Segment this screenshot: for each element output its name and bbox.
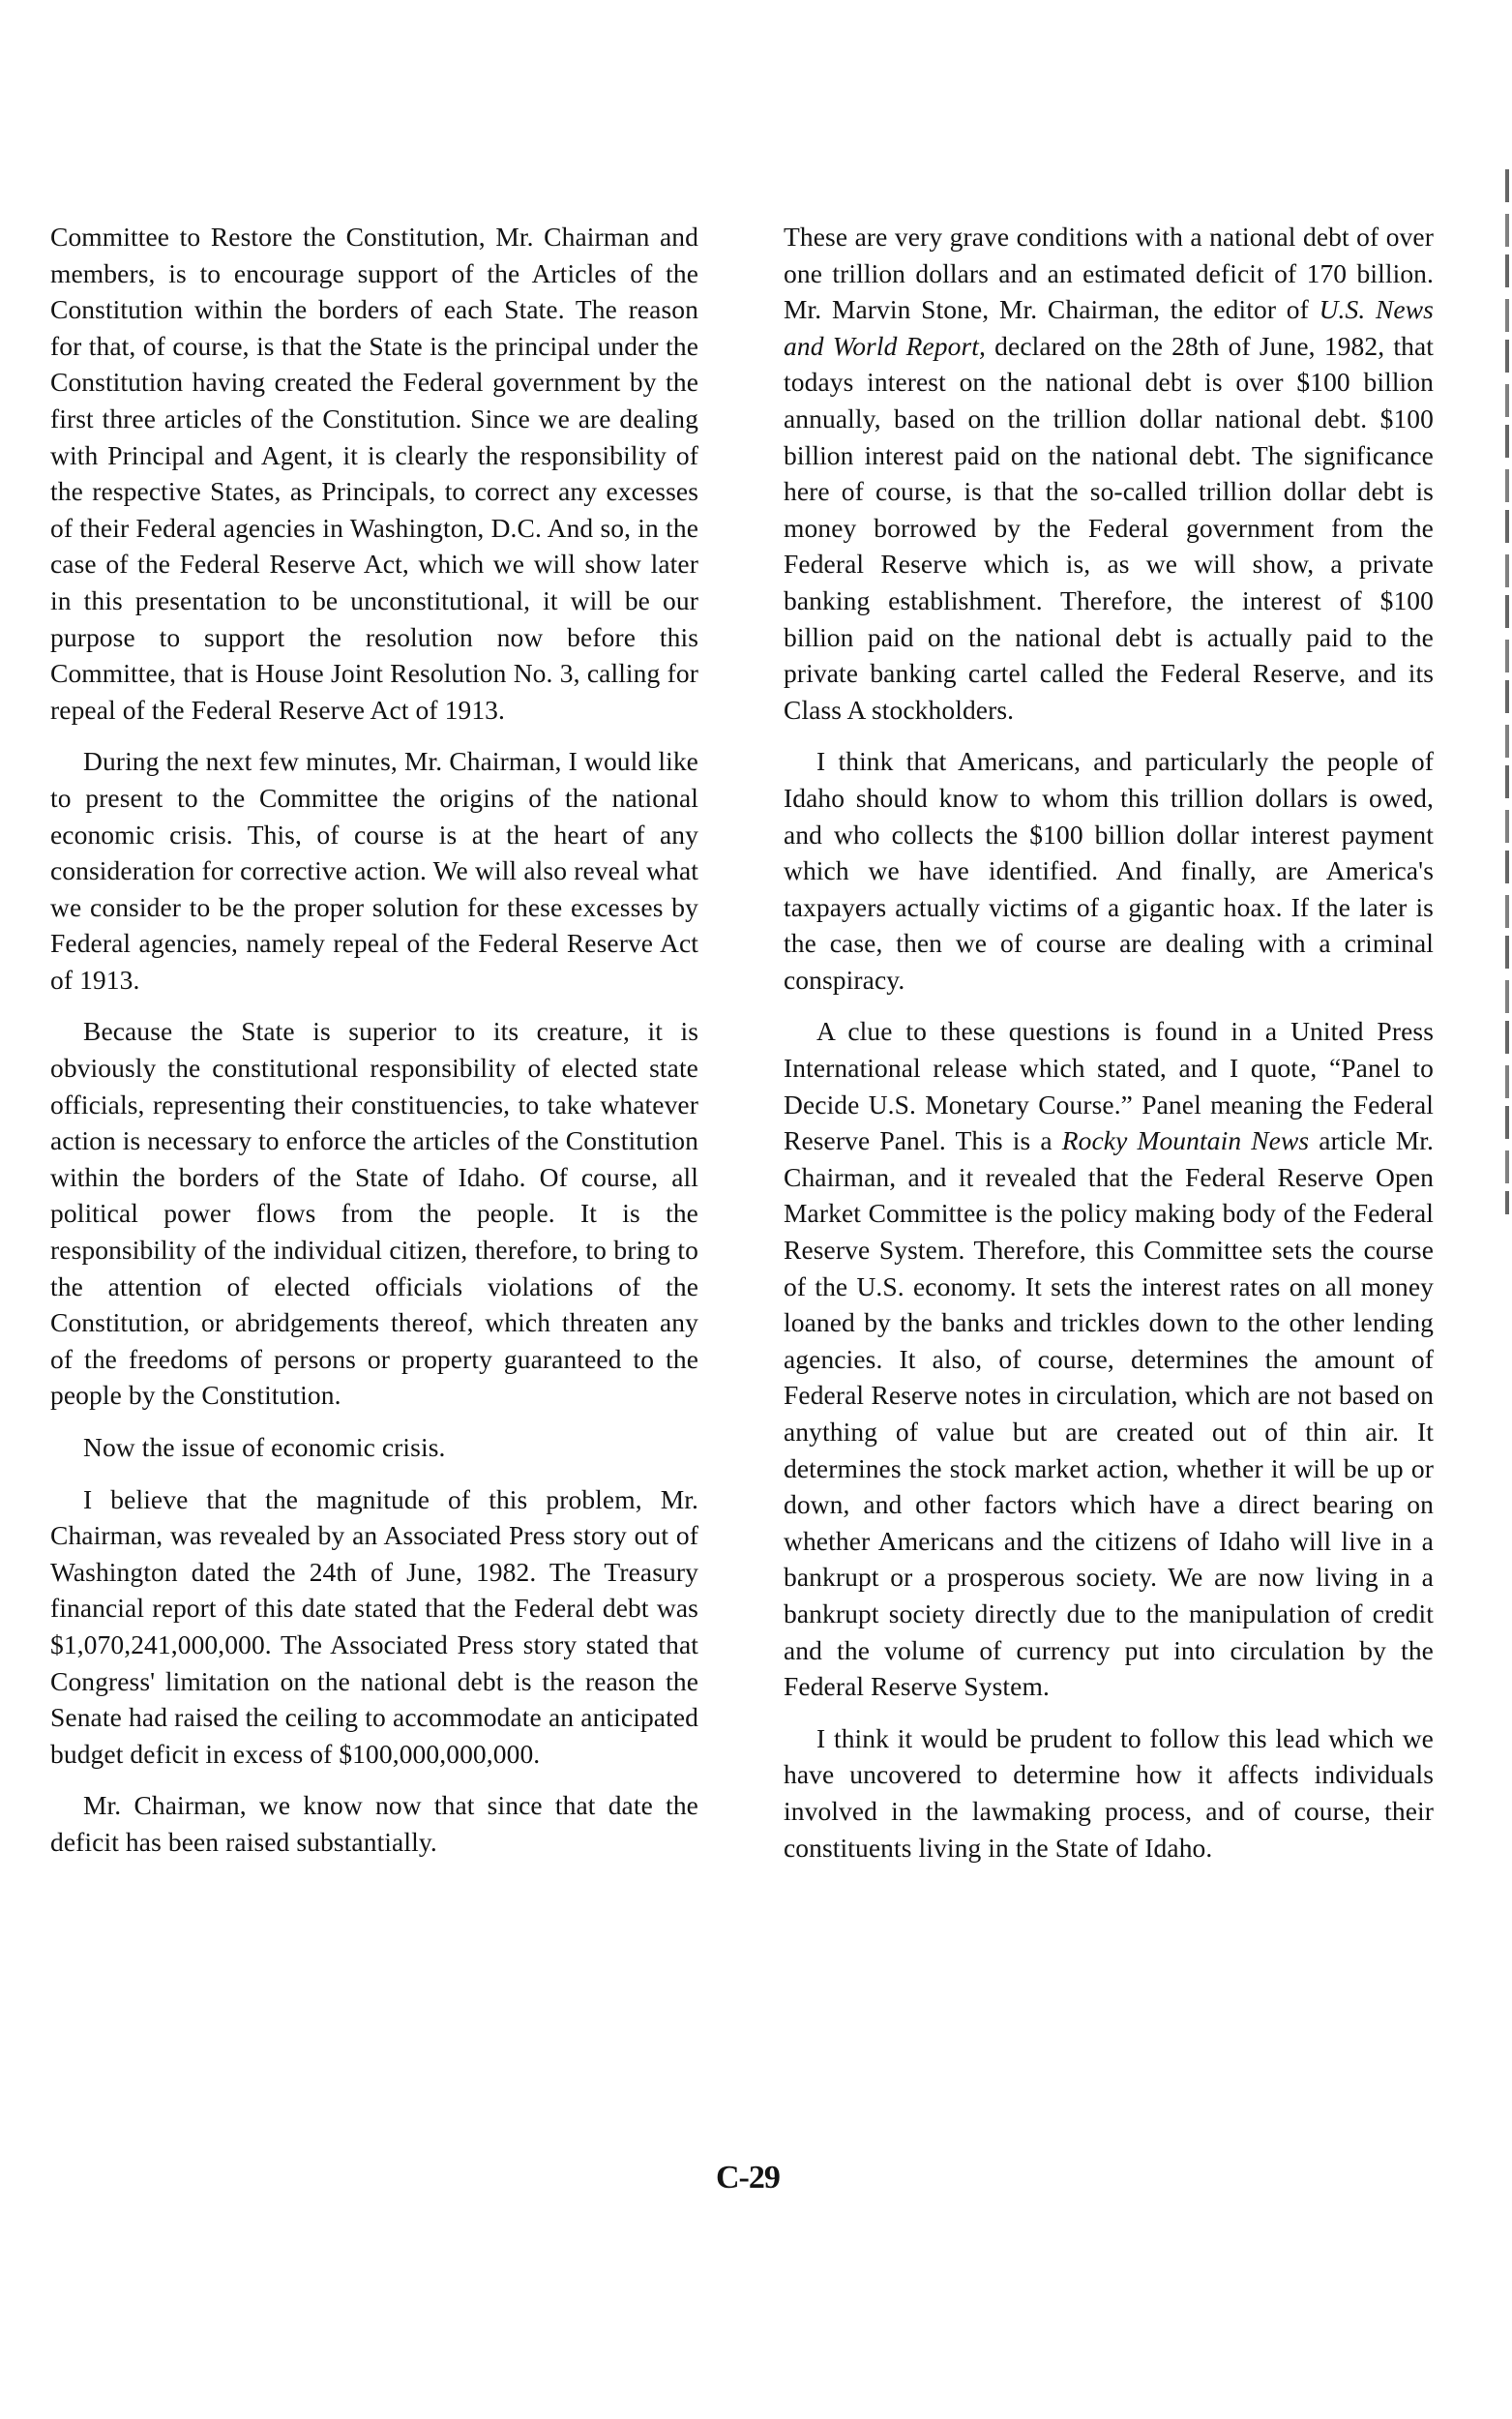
paragraph-text: Committee to Restore the Constitution, M… — [50, 222, 698, 725]
paragraph: Because the State is superior to its cre… — [50, 1013, 698, 1414]
scan-edge-artifact — [1505, 169, 1509, 1214]
paragraph: I believe that the magnitude of this pro… — [50, 1481, 698, 1773]
paragraph-text: article Mr. Chairman, and it revealed th… — [784, 1125, 1434, 1701]
right-column: These are very grave conditions with a n… — [784, 219, 1434, 1881]
paragraph-text: I think that Americans, and particularly… — [784, 746, 1434, 995]
paragraph: Now the issue of economic crisis. — [50, 1429, 698, 1466]
paragraph: Committee to Restore the Constitution, M… — [50, 219, 698, 728]
paragraph: I think it would be prudent to follow th… — [784, 1720, 1434, 1866]
paragraph: I think that Americans, and particularly… — [784, 743, 1434, 998]
publication-title: Rocky Mountain News — [1062, 1125, 1310, 1155]
paragraph: Mr. Chairman, we know now that since tha… — [50, 1787, 698, 1860]
page-number: C-29 — [716, 2160, 780, 2196]
paragraph-text: During the next few minutes, Mr. Chairma… — [50, 746, 698, 995]
paragraph: These are very grave conditions with a n… — [784, 219, 1434, 728]
paragraph-text: Now the issue of economic crisis. — [83, 1432, 445, 1462]
document-page: Committee to Restore the Constitution, M… — [0, 0, 1512, 2419]
left-column: Committee to Restore the Constitution, M… — [50, 219, 698, 1876]
paragraph: During the next few minutes, Mr. Chairma… — [50, 743, 698, 998]
paragraph: A clue to these questions is found in a … — [784, 1013, 1434, 1704]
paragraph-text: I believe that the magnitude of this pro… — [50, 1484, 698, 1769]
paragraph-text: I think it would be prudent to follow th… — [784, 1723, 1434, 1863]
paragraph-text: Mr. Chairman, we know now that since tha… — [50, 1790, 698, 1857]
paragraph-text: declared on the 28th of June, 1982, that… — [784, 331, 1434, 725]
paragraph-text: Because the State is superior to its cre… — [50, 1016, 698, 1410]
